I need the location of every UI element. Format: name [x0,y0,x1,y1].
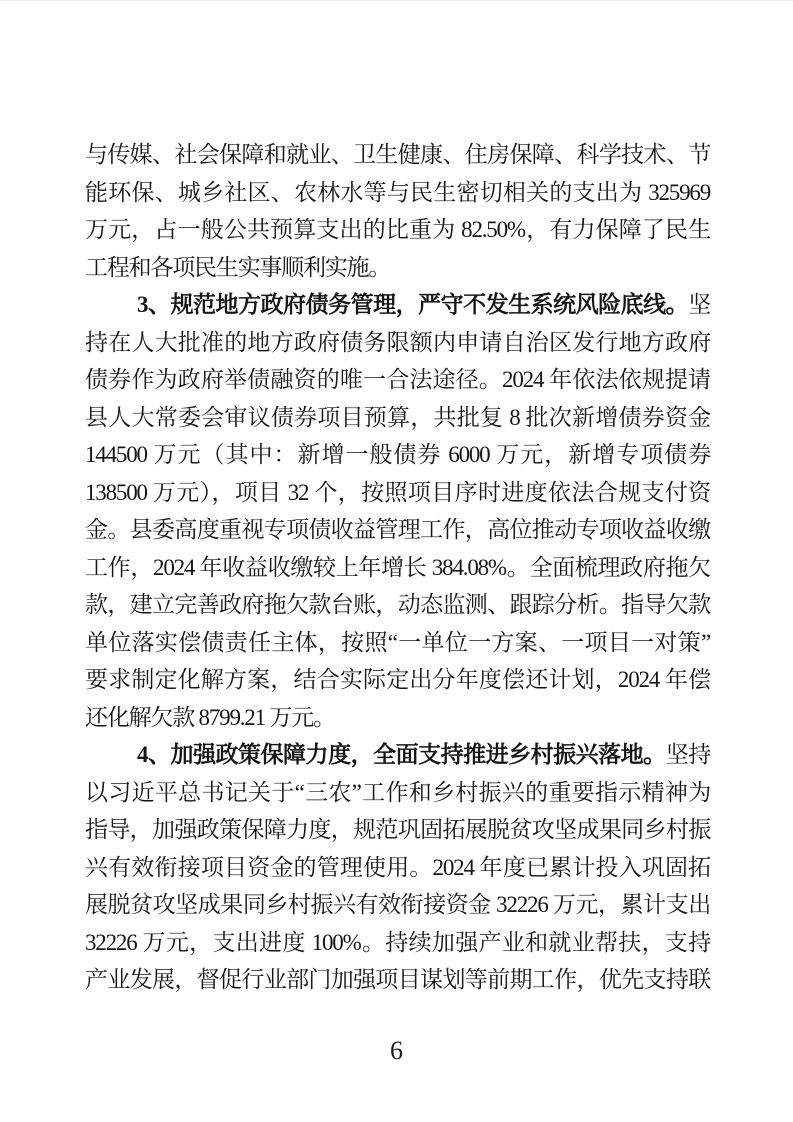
text-line: 单位落实偿债责任主体，按照“一单位一方案、一项目一对策” [85,624,710,662]
text-segment: 坚 [688,292,710,317]
text-line: 还化解欠款 8799.21 万元。 [85,699,710,737]
text-segment: 单位落实偿债责任主体，按照“一单位一方案、一项目一对策” [85,630,710,655]
text-line: 144500 万元（其中：新增一般债券 6000 万元，新增专项债券 [85,436,710,474]
text-segment: 与传媒、社会保障和就业、卫生健康、住房保障、科学技术、节 [85,142,710,167]
text-segment: 持在人大批准的地方政府债务限额内申请自治区发行地方政府 [85,330,710,355]
text-line: 4、加强政策保障力度，全面支持推进乡村振兴落地。坚持 [85,736,710,774]
page-top-edge [0,0,793,1]
paragraph: 与传媒、社会保障和就业、卫生健康、住房保障、科学技术、节能环保、城乡社区、农林水… [85,136,710,286]
text-line: 持在人大批准的地方政府债务限额内申请自治区发行地方政府 [85,324,710,362]
text-segment: 县人大常委会审议债券项目预算，共批复 8 批次新增债券资金 [85,405,710,430]
text-line: 县人大常委会审议债券项目预算，共批复 8 批次新增债券资金 [85,399,710,437]
text-line: 32226 万元，支出进度 100%。持续加强产业和就业帮扶，支持 [85,924,710,962]
text-line: 兴有效衔接项目资金的管理使用。2024 年度已累计投入巩固拓 [85,849,710,887]
bold-text-segment: 4、加强政策保障力度，全面支持推进乡村振兴落地。 [137,742,666,767]
text-segment: 万元，占一般公共预算支出的比重为 82.50%，有力保障了民生 [85,217,710,242]
text-segment: 32226 万元，支出进度 100%。持续加强产业和就业帮扶，支持 [85,930,710,955]
text-segment: 坚持 [666,742,710,767]
text-segment: 工程和各项民生实事顺利实施。 [85,255,390,280]
text-segment: 债券作为政府举债融资的唯一合法途径。2024 年依法依规提请 [85,367,710,392]
text-segment: 144500 万元（其中：新增一般债券 6000 万元，新增专项债券 [85,442,710,467]
text-line: 要求制定化解方案，结合实际定出分年度偿还计划，2024 年偿 [85,661,710,699]
text-line: 工作，2024 年收益收缴较上年增长 384.08%。全面梳理政府拖欠 [85,549,710,587]
text-line: 能环保、城乡社区、农林水等与民生密切相关的支出为 325969 [85,174,710,212]
text-line: 万元，占一般公共预算支出的比重为 82.50%，有力保障了民生 [85,211,710,249]
text-segment: 产业发展，督促行业部门加强项目谋划等前期工作，优先支持联 [85,967,710,992]
text-line: 产业发展，督促行业部门加强项目谋划等前期工作，优先支持联 [85,961,710,999]
text-segment: 款，建立完善政府拖欠款台账，动态监测、跟踪分析。指导欠款 [85,592,710,617]
text-segment: 展脱贫攻坚成果同乡村振兴有效衔接资金 32226 万元，累计支出 [85,892,710,917]
text-line: 金。县委高度重视专项债收益管理工作，高位推动专项收益收缴 [85,511,710,549]
document-body: 与传媒、社会保障和就业、卫生健康、住房保障、科学技术、节能环保、城乡社区、农林水… [85,136,710,999]
text-segment: 金。县委高度重视专项债收益管理工作，高位推动专项收益收缴 [85,517,710,542]
text-line: 3、规范地方政府债务管理，严守不发生系统风险底线。坚 [85,286,710,324]
bold-text-segment: 3、规范地方政府债务管理，严守不发生系统风险底线。 [137,292,688,317]
text-line: 指导，加强政策保障力度，规范巩固拓展脱贫攻坚成果同乡村振 [85,811,710,849]
text-line: 138500 万元），项目 32 个，按照项目序时进度依法合规支付资 [85,474,710,512]
text-segment: 还化解欠款 8799.21 万元。 [85,705,335,730]
text-line: 与传媒、社会保障和就业、卫生健康、住房保障、科学技术、节 [85,136,710,174]
text-line: 展脱贫攻坚成果同乡村振兴有效衔接资金 32226 万元，累计支出 [85,886,710,924]
text-line: 工程和各项民生实事顺利实施。 [85,249,710,287]
paragraph: 3、规范地方政府债务管理，严守不发生系统风险底线。坚持在人大批准的地方政府债务限… [85,286,710,736]
text-segment: 指导，加强政策保障力度，规范巩固拓展脱贫攻坚成果同乡村振 [85,817,710,842]
text-line: 债券作为政府举债融资的唯一合法途径。2024 年依法依规提请 [85,361,710,399]
text-segment: 138500 万元），项目 32 个，按照项目序时进度依法合规支付资 [85,480,710,505]
text-segment: 兴有效衔接项目资金的管理使用。2024 年度已累计投入巩固拓 [85,855,710,880]
text-segment: 以习近平总书记关于“三农”工作和乡村振兴的重要指示精神为 [85,780,710,805]
text-segment: 要求制定化解方案，结合实际定出分年度偿还计划，2024 年偿 [85,667,710,692]
page-number: 6 [0,1036,793,1066]
paragraph: 4、加强政策保障力度，全面支持推进乡村振兴落地。坚持以习近平总书记关于“三农”工… [85,736,710,999]
text-segment: 工作，2024 年收益收缴较上年增长 384.08%。全面梳理政府拖欠 [85,555,710,580]
text-line: 以习近平总书记关于“三农”工作和乡村振兴的重要指示精神为 [85,774,710,812]
text-segment: 能环保、城乡社区、农林水等与民生密切相关的支出为 325969 [85,180,710,205]
text-line: 款，建立完善政府拖欠款台账，动态监测、跟踪分析。指导欠款 [85,586,710,624]
